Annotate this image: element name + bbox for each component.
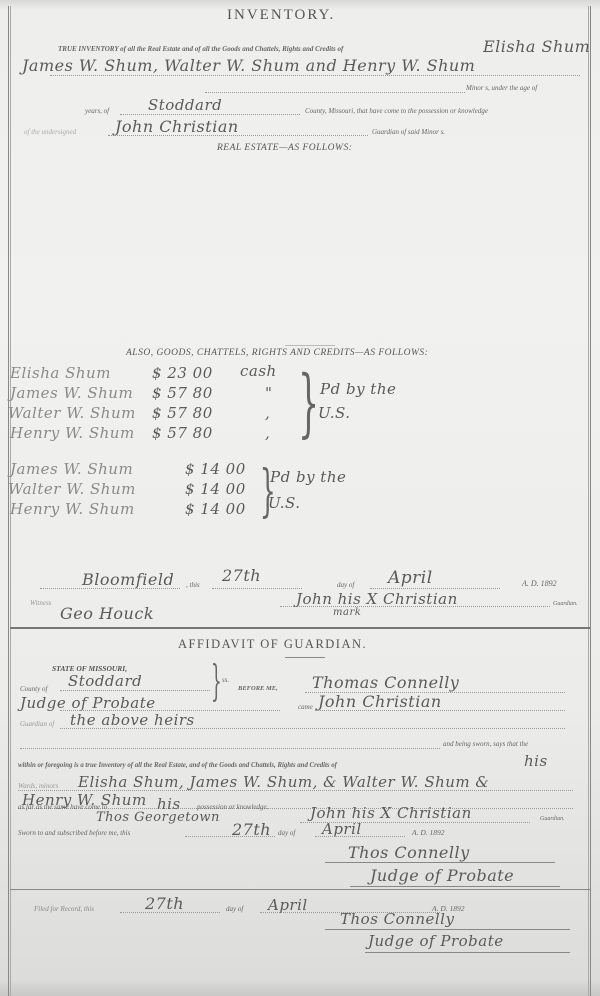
came-value: John Christian xyxy=(318,692,442,711)
undersigned-label: of the undersigned xyxy=(24,128,76,136)
filing-judge-signature: Thos Connelly xyxy=(340,910,454,928)
guardian-name: John Christian xyxy=(115,117,239,136)
goods-item-name: James W. Shum xyxy=(10,384,133,402)
affidavit-day-of-label: day of xyxy=(278,829,295,837)
signing-place: Bloomfield xyxy=(82,570,174,589)
county-value: Stoddard xyxy=(148,96,222,114)
year-label: A. D. 1892 xyxy=(522,579,557,588)
goods-item-note: cash xyxy=(240,362,277,380)
judge-sig-underline xyxy=(325,862,555,863)
goods-item-name: Elisha Shum xyxy=(10,364,111,382)
goods-item-note: , xyxy=(265,424,270,442)
goods-item-note: " xyxy=(265,384,272,402)
years-label: years, of xyxy=(85,107,109,115)
signing-day: 27th xyxy=(222,566,261,585)
bracket-icon: } xyxy=(211,660,222,702)
filed-label: Filed for Record, this xyxy=(34,905,94,913)
attest-value: Thos Georgetown xyxy=(96,810,220,825)
judge-title-underline xyxy=(350,886,560,887)
month-underline xyxy=(370,588,500,589)
possession-label-pre: as far as the same have come to xyxy=(18,803,107,811)
ward-names-line2: James W. Shum, Walter W. Shum and Henry … xyxy=(22,56,475,75)
guardian-underline xyxy=(108,135,368,136)
ss-label: ss. xyxy=(222,676,229,684)
month-underline xyxy=(315,836,405,837)
day-underline xyxy=(212,588,302,589)
filing-judge-underline xyxy=(325,929,570,930)
filing-day-of-label: day of xyxy=(226,905,243,913)
goods-item-amount: $ 57 80 xyxy=(152,424,213,442)
affidavit-title: AFFIDAVIT OF GUARDIAN. xyxy=(178,637,367,652)
inventory-title: INVENTORY. xyxy=(227,7,335,24)
witness-signature: Geo Houck xyxy=(60,604,154,623)
his-value: his xyxy=(524,752,548,770)
minor-label: Minor s, under the age of xyxy=(466,84,537,92)
affidavit-guardian-label: Guardian. xyxy=(540,816,565,822)
goods-item-name: Henry W. Shum xyxy=(10,500,135,518)
wards-value: Elisha Shum, James W. Shum, & Walter W. … xyxy=(78,773,489,791)
county-of-label: County of xyxy=(20,685,47,693)
guardian-of-value: the above heirs xyxy=(70,711,195,729)
goods-item-amount: $ 14 00 xyxy=(185,460,246,478)
goods-item-amount: $ 57 80 xyxy=(152,384,213,402)
title-underline xyxy=(285,657,325,658)
bracket-note-line2: U.S. xyxy=(318,404,351,422)
county-underline xyxy=(120,114,300,115)
bracket-note-line1: Pd by the xyxy=(320,380,396,398)
ward-names-underline xyxy=(50,75,580,76)
guardian-label: Guardian of said Minor s. xyxy=(372,128,445,136)
guardian-of-underline xyxy=(60,728,565,729)
goods-item-amount: $ 14 00 xyxy=(185,480,246,498)
before-me-value: Thomas Connelly xyxy=(312,673,459,692)
scanned-document-page: INVENTORY. TRUE INVENTORY of all the Rea… xyxy=(0,0,600,996)
goods-item-amount: $ 14 00 xyxy=(185,500,246,518)
witness-label: Witness xyxy=(30,599,51,607)
within-text: within or foregoing is a true Inventory … xyxy=(18,762,337,769)
guardian-sig-underline xyxy=(280,606,550,607)
subscribed-label: Sworn to and subscribed before me, this xyxy=(18,829,130,837)
filing-title-underline xyxy=(365,952,570,953)
before-me-label: BEFORE ME, xyxy=(238,685,278,692)
county-underline xyxy=(60,690,210,691)
goods-item-note: , xyxy=(265,404,270,422)
came-underline xyxy=(315,710,565,711)
filing-judge-title: Judge of Probate xyxy=(368,932,504,950)
bracket-icon: } xyxy=(298,366,319,440)
day-underline xyxy=(185,836,275,837)
real-estate-header: REAL ESTATE—AS FOLLOWS: xyxy=(217,143,352,153)
section-divider xyxy=(285,345,335,346)
affidavit-year-label: A. D. 1892 xyxy=(412,828,445,837)
affidavit-county-value: Stoddard xyxy=(68,672,142,690)
goods-item-name: Walter W. Shum xyxy=(8,480,136,498)
came-label: came xyxy=(298,703,313,711)
signing-month: April xyxy=(388,568,433,588)
guardian-sig-label: Guardian. xyxy=(553,601,578,607)
county-label: County, Missouri, that have come to the … xyxy=(305,107,488,115)
this-label: , this xyxy=(186,581,200,589)
filing-day-underline xyxy=(120,912,220,913)
goods-item-name: Walter W. Shum xyxy=(8,404,136,422)
wards-label: Wards, minors xyxy=(18,782,58,790)
minor-blank-line xyxy=(205,92,465,93)
inventory-intro-text: TRUE INVENTORY of all the Real Estate an… xyxy=(58,45,343,53)
filing-separator xyxy=(10,889,590,890)
page-border-right xyxy=(588,6,591,996)
mark-label: mark xyxy=(333,607,361,618)
goods-item-amount: $ 57 80 xyxy=(152,404,213,422)
goods-item-amount: $ 23 00 xyxy=(152,364,213,382)
goods-item-name: Henry W. Shum xyxy=(10,424,135,442)
filing-day: 27th xyxy=(145,894,184,913)
goods-header: ALSO, GOODS, CHATTELS, RIGHTS AND CREDIT… xyxy=(126,348,428,358)
blank-line xyxy=(20,748,440,749)
place-underline xyxy=(40,588,180,589)
section-separator xyxy=(10,627,590,629)
sworn-label: and being sworn, says that the xyxy=(443,740,528,748)
ward-name-line1: Elisha Shum xyxy=(483,37,590,56)
guardian-of-label: Guardian of xyxy=(20,720,54,728)
judge-signature: Thos Connelly xyxy=(348,843,470,862)
day-of-label: day of xyxy=(337,581,354,589)
judge-title: Judge of Probate xyxy=(370,866,514,885)
goods-item-name: James W. Shum xyxy=(10,460,133,478)
bracket-note-line2: U.S. xyxy=(268,494,301,512)
bracket-note-line1: Pd by the xyxy=(270,468,346,486)
